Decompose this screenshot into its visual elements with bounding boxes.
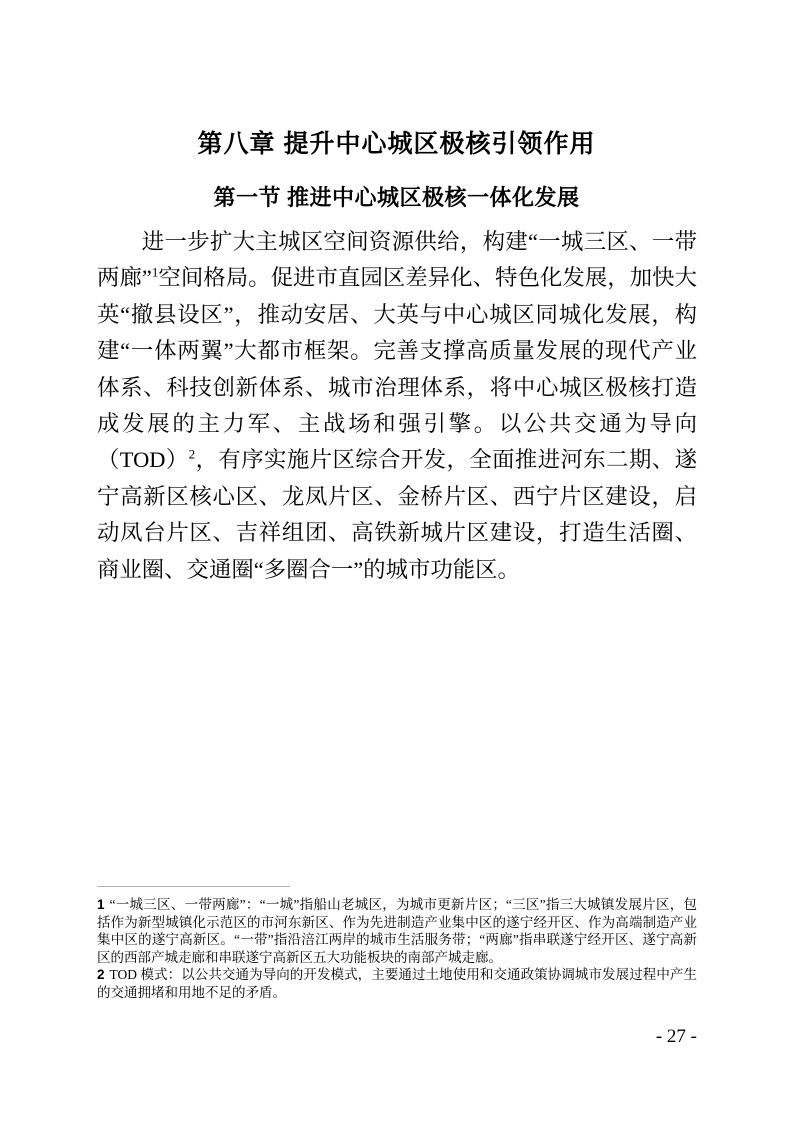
footnote-2-marker: 2	[97, 967, 105, 982]
page-number: - 27 -	[656, 1026, 697, 1048]
footnotes-section: 1“一城三区、一带两廊”：“一城”指船山老城区，为城市更新片区；“三区”指三大城…	[97, 886, 697, 1001]
footnote-1: 1“一城三区、一带两廊”：“一城”指船山老城区，为城市更新片区；“三区”指三大城…	[97, 896, 697, 966]
footnote-separator	[97, 886, 290, 887]
chapter-title: 第八章 提升中心城区极核引领作用	[0, 0, 793, 160]
body-paragraph: 进一步扩大主城区空间资源供给，构建“一城三区、一带两廊”1空间格局。促进市直园区…	[97, 224, 697, 588]
footnote-2: 2TOD 模式：以公共交通为导向的开发模式，主要通过土地使用和交通政策协调城市发…	[97, 966, 697, 1001]
footnote-1-marker: 1	[97, 897, 105, 912]
paragraph-segment-2: 空间格局。促进市直园区差异化、特色化发展，加快大英“撤县设区”，推动安居、大英与…	[97, 265, 697, 472]
section-title: 第一节 推进中心城区极核一体化发展	[0, 185, 793, 211]
footnote-2-text: TOD 模式：以公共交通为导向的开发模式，主要通过土地使用和交通政策协调城市发展…	[97, 967, 697, 1000]
footnote-1-text: “一城三区、一带两廊”：“一城”指船山老城区，为城市更新片区；“三区”指三大城镇…	[97, 897, 697, 965]
document-page: 第八章 提升中心城区极核引领作用 第一节 推进中心城区极核一体化发展 进一步扩大…	[0, 0, 793, 1122]
